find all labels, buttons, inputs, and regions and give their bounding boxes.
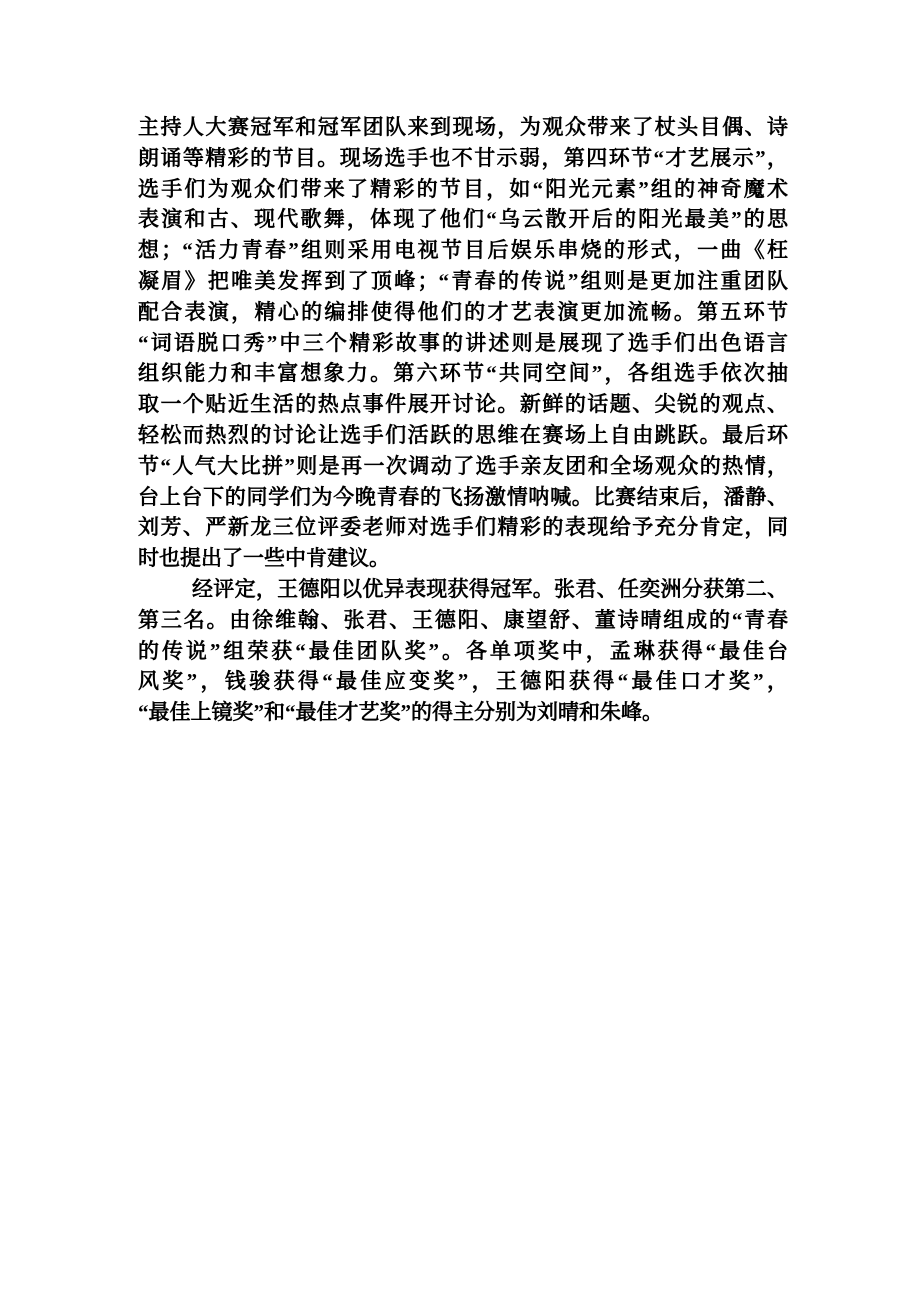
text-line: 时也提出了一些中肯建议。 <box>138 543 788 574</box>
text-line: 台上台下的同学们为今晚青春的飞扬激情呐喊。比赛结束后，潘静、 <box>138 482 788 513</box>
text-line: 组织能力和丰富想象力。第六环节“共同空间”，各组选手依次抽 <box>138 358 788 389</box>
text-line: 选手们为观众们带来了精彩的节目，如“阳光元素”组的神奇魔术 <box>138 174 788 205</box>
text-line: 想；“活力青春”组则采用电视节目后娱乐串烧的形式，一曲《枉 <box>138 235 788 266</box>
text-line: 的传说”组荣获“最佳团队奖”。各单项奖中，孟琳获得“最佳台 <box>138 636 788 667</box>
text-line: 风奖”，钱骏获得“最佳应变奖”，王德阳获得“最佳口才奖”， <box>138 666 788 697</box>
text-line: 轻松而热烈的讨论让选手们活跃的思维在赛场上自由跳跃。最后环 <box>138 420 788 451</box>
text-line: 取一个贴近生活的热点事件展开讨论。新鲜的话题、尖锐的观点、 <box>138 389 788 420</box>
text-line: 经评定，王德阳以优异表现获得冠军。张君、任奕洲分获第二、 <box>138 574 788 605</box>
document-page: 主持人大赛冠军和冠军团队来到现场，为观众带来了杖头目偶、诗 朗诵等精彩的节目。现… <box>0 0 920 1302</box>
text-line: 节“人气大比拼”则是再一次调动了选手亲友团和全场观众的热情， <box>138 451 788 482</box>
text-line: 朗诵等精彩的节目。现场选手也不甘示弱，第四环节“才艺展示”， <box>138 143 788 174</box>
text-line: 凝眉》把唯美发挥到了顶峰；“青春的传说”组则是更加注重团队 <box>138 266 788 297</box>
paragraph-1: 主持人大赛冠军和冠军团队来到现场，为观众带来了杖头目偶、诗 朗诵等精彩的节目。现… <box>138 112 788 574</box>
document-text-block: 主持人大赛冠军和冠军团队来到现场，为观众带来了杖头目偶、诗 朗诵等精彩的节目。现… <box>138 112 788 728</box>
text-line: “最佳上镜奖”和“最佳才艺奖”的得主分别为刘晴和朱峰。 <box>138 697 788 728</box>
text-line: 主持人大赛冠军和冠军团队来到现场，为观众带来了杖头目偶、诗 <box>138 112 788 143</box>
paragraph-2: 经评定，王德阳以优异表现获得冠军。张君、任奕洲分获第二、 第三名。由徐维翰、张君… <box>138 574 788 728</box>
text-line: “词语脱口秀”中三个精彩故事的讲述则是展现了选手们出色语言 <box>138 328 788 359</box>
text-line: 表演和古、现代歌舞，体现了他们“乌云散开后的阳光最美”的思 <box>138 204 788 235</box>
text-line: 配合表演，精心的编排使得他们的才艺表演更加流畅。第五环节 <box>138 297 788 328</box>
text-line: 刘芳、严新龙三位评委老师对选手们精彩的表现给予充分肯定，同 <box>138 512 788 543</box>
text-line: 第三名。由徐维翰、张君、王德阳、康望舒、董诗晴组成的“青春 <box>138 605 788 636</box>
